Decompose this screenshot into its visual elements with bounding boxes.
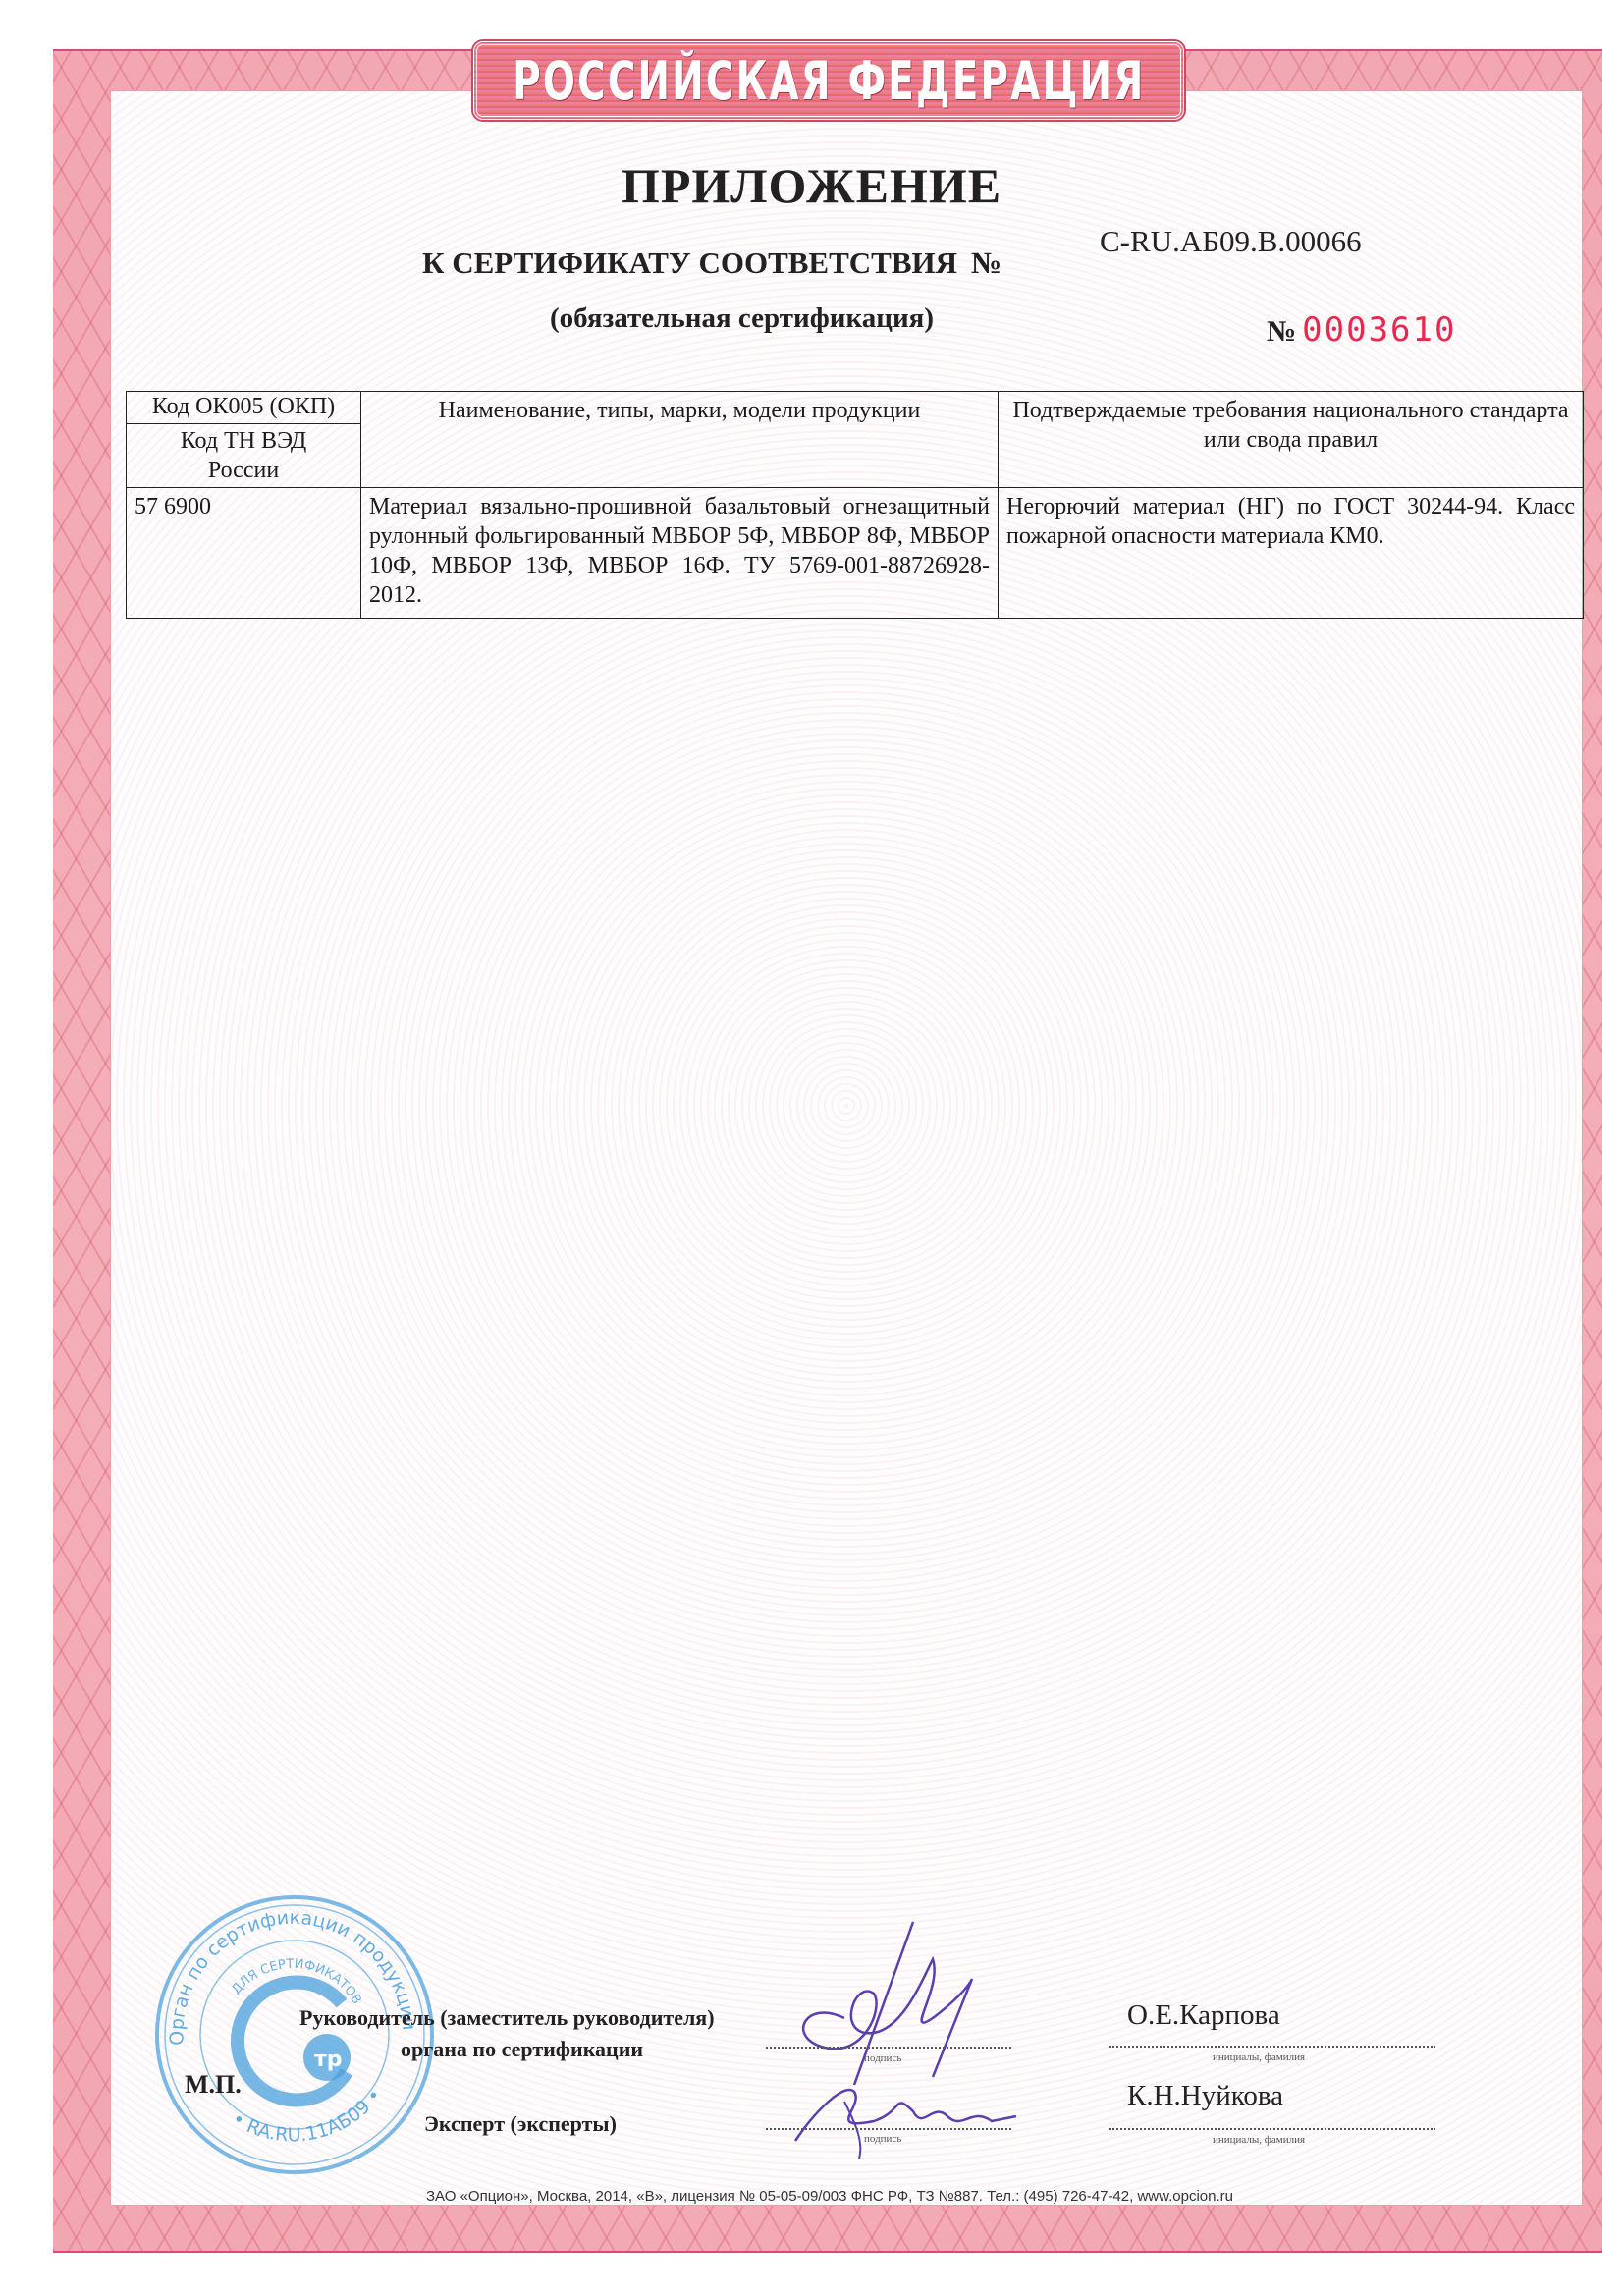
blank-number-value: 0003610	[1302, 310, 1456, 350]
printer-imprint: ЗАО «Опцион», Москва, 2014, «В», лицензи…	[373, 2188, 1286, 2205]
number-symbol: №	[971, 246, 1001, 280]
header-code-tnved: Код ТН ВЭД России	[127, 424, 360, 487]
header-requirements: Подтверждаемые требования национального …	[999, 392, 1584, 488]
expert-signature-icon	[785, 2072, 1021, 2160]
head-role-line2: органа по сертификации	[401, 2037, 643, 2062]
head-signature-caption: подпись	[864, 2052, 901, 2064]
header-product: Наименование, типы, марки, модели продук…	[361, 392, 999, 488]
table-header-row: Код ОК005 (ОКП) Код ТН ВЭД России Наимен…	[127, 392, 1584, 488]
head-signature-line	[766, 2047, 1011, 2049]
document-title: ПРИЛОЖЕНИЕ	[0, 157, 1623, 214]
header-code-okp: Код ОК005 (ОКП)	[127, 392, 360, 424]
certification-stamp-icon: Орган по сертификации продукции ООО «Экс…	[145, 1886, 440, 2180]
expert-name-line	[1109, 2128, 1435, 2130]
blank-number: №0003610	[1267, 310, 1456, 350]
expert-signature-caption: подпись	[864, 2133, 901, 2145]
certificate-number: C-RU.АБ09.В.00066	[1100, 224, 1362, 259]
expert-role: Эксперт (эксперты)	[424, 2111, 617, 2137]
document-subtitle: К СЕРТИФИКАТУ СООТВЕТСТВИЯ№	[422, 246, 1001, 281]
head-name-caption: инициалы, фамилия	[1213, 2051, 1305, 2063]
expert-name: К.Н.Нуйкова	[1127, 2080, 1283, 2112]
header-codes: Код ОК005 (ОКП) Код ТН ВЭД России	[127, 392, 361, 488]
country-banner: РОССИЙСКАЯ ФЕДЕРАЦИЯ	[473, 41, 1184, 120]
row-code: 57 6900	[127, 488, 361, 619]
svg-text:тр: тр	[314, 2048, 343, 2072]
certification-type: (обязательная сертификация)	[550, 302, 934, 335]
blank-number-symbol: №	[1267, 315, 1296, 348]
head-signature-icon	[785, 1920, 1041, 2087]
banner-text: РОССИЙСКАЯ ФЕДЕРАЦИЯ	[513, 50, 1145, 112]
head-role-line1: Руководитель (заместитель руководителя)	[299, 2005, 715, 2031]
expert-signature-line	[766, 2128, 1011, 2130]
table-row: 57 6900 Материал вязально-прошивной база…	[127, 488, 1584, 619]
expert-name-caption: инициалы, фамилия	[1213, 2134, 1305, 2146]
stamp-place-label: М.П.	[185, 2070, 242, 2100]
row-requirements: Негорючий материал (НГ) по ГОСТ 30244-94…	[999, 488, 1584, 619]
row-product: Материал вязально-прошивной базальтовый …	[361, 488, 999, 619]
header-code-tnved-line2: России	[135, 456, 352, 485]
header-code-tnved-line1: Код ТН ВЭД	[135, 426, 352, 456]
head-name-line	[1109, 2046, 1435, 2048]
subtitle-text: К СЕРТИФИКАТУ СООТВЕТСТВИЯ	[422, 246, 957, 280]
head-name: О.Е.Карпова	[1127, 1999, 1280, 2032]
products-table: Код ОК005 (ОКП) Код ТН ВЭД России Наимен…	[126, 391, 1584, 619]
